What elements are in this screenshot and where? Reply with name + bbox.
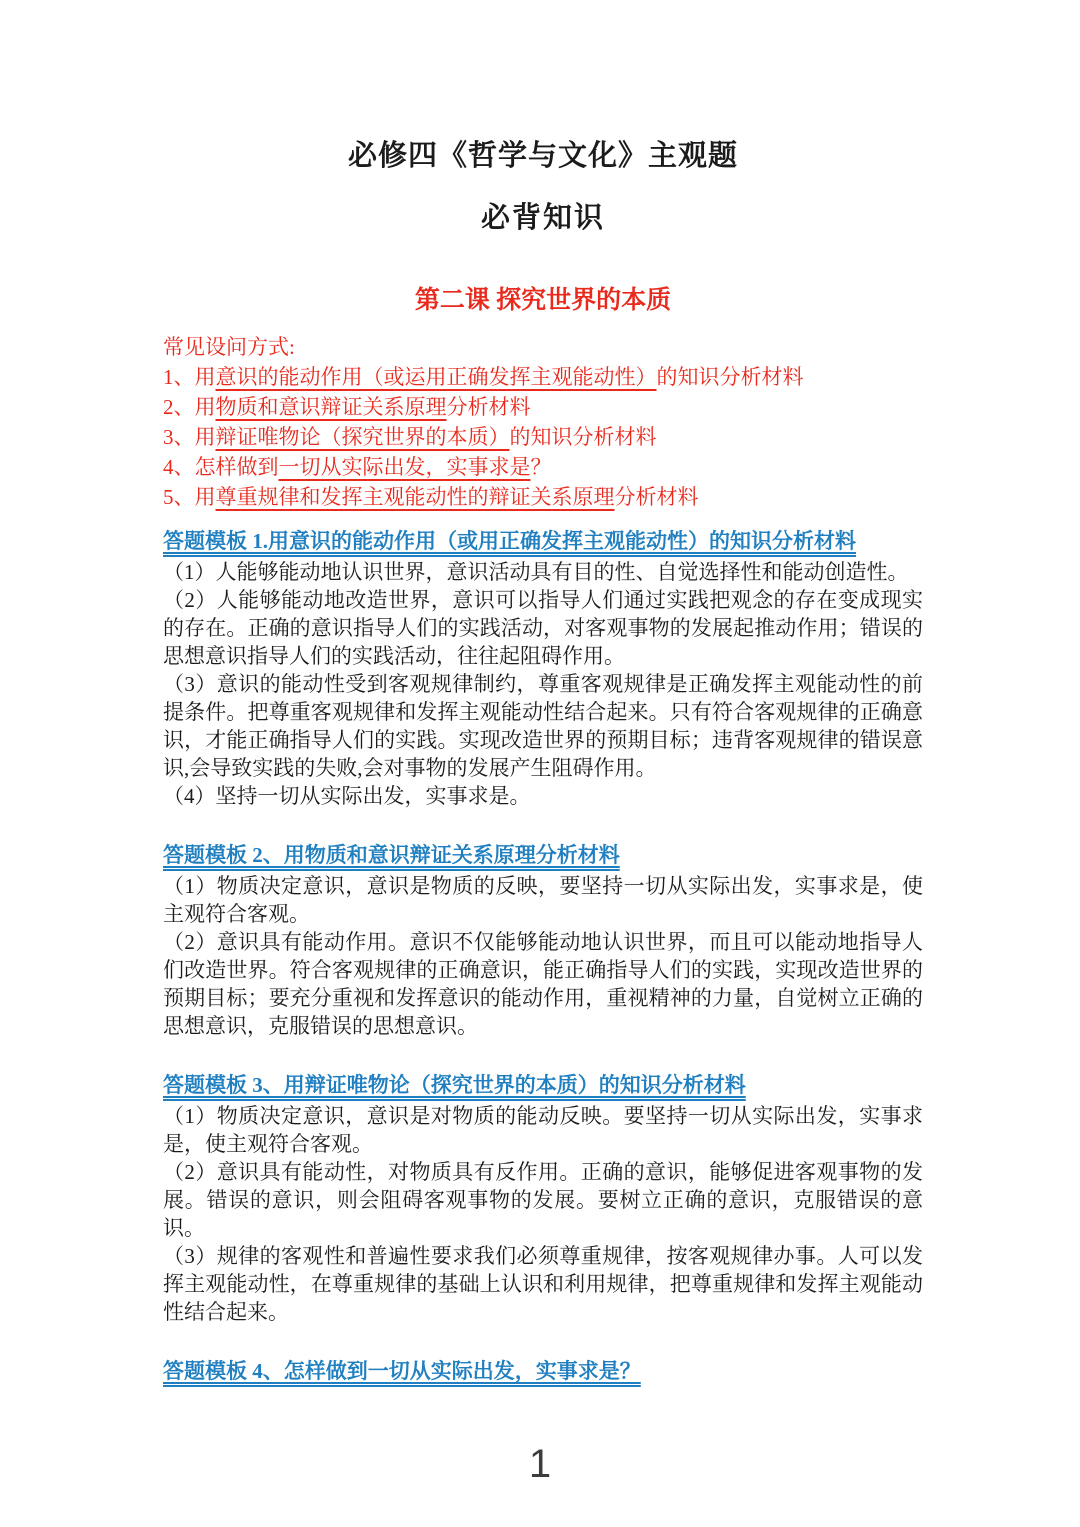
- template-3-heading: 答题模板 3、用辩证唯物论（探究世界的本质）的知识分析材料: [163, 1070, 923, 1100]
- template-section-1: 答题模板 1.用意识的能动作用（或用正确发挥主观能动性）的知识分析材料 （1）人…: [163, 526, 923, 810]
- question-item-4: 4、怎样做到一切从实际出发，实事求是？: [163, 452, 923, 482]
- document-title: 必修四《哲学与文化》主观题: [163, 136, 923, 176]
- question-prefix: 1、用: [163, 365, 216, 389]
- template-2-paragraph: （2）意识具有能动作用。意识不仅能够能动地认识世界，而且可以能动地指导人们改造世…: [163, 928, 923, 1040]
- template-2-heading: 答题模板 2、用物质和意识辩证关系原理分析材料: [163, 840, 923, 870]
- question-underlined: 意识的能动作用（或运用正确发挥主观能动性）: [216, 365, 657, 389]
- template-3-paragraph: （1）物质决定意识，意识是对物质的能动反映。要坚持一切从实际出发，实事求是，使主…: [163, 1102, 923, 1158]
- question-prefix: 2、用: [163, 395, 216, 419]
- template-4-heading-text: 答题模板 4、怎样做到一切从实际出发，实事求是？: [163, 1359, 641, 1383]
- question-intro: 常见设问方式:: [163, 332, 923, 362]
- question-prefix: 5、用: [163, 485, 216, 509]
- template-3-paragraph: （2）意识具有能动性，对物质具有反作用。正确的意识，能够促进客观事物的发展。错误…: [163, 1158, 923, 1242]
- template-1-heading-text: 答题模板 1.用意识的能动作用（或用正确发挥主观能动性）的知识分析材料: [163, 529, 856, 553]
- question-underlined: 辩证唯物论（探究世界的本质）: [216, 425, 510, 449]
- question-prefix: 4、怎样做到: [163, 455, 279, 479]
- template-section-2: 答题模板 2、用物质和意识辩证关系原理分析材料 （1）物质决定意识，意识是物质的…: [163, 840, 923, 1040]
- template-4-heading: 答题模板 4、怎样做到一切从实际出发，实事求是？: [163, 1356, 923, 1386]
- template-3-paragraph: （3）规律的客观性和普遍性要求我们必须尊重规律，按客观规律办事。人可以发挥主观能…: [163, 1242, 923, 1326]
- template-section-4: 答题模板 4、怎样做到一切从实际出发，实事求是？: [163, 1356, 923, 1386]
- question-item-1: 1、用意识的能动作用（或运用正确发挥主观能动性）的知识分析材料: [163, 362, 923, 392]
- template-3-heading-text: 答题模板 3、用辩证唯物论（探究世界的本质）的知识分析材料: [163, 1073, 746, 1097]
- question-suffix: ？: [531, 455, 552, 479]
- question-prefix: 3、用: [163, 425, 216, 449]
- template-1-paragraph: （2）人能够能动地改造世界，意识可以指导人们通过实践把观念的存在变成现实的存在。…: [163, 586, 923, 670]
- question-underlined: 物质和意识辩证关系原理: [216, 395, 447, 419]
- template-1-paragraph: （3）意识的能动性受到客观规律制约，尊重客观规律是正确发挥主观能动性的前提条件。…: [163, 670, 923, 782]
- document-subtitle: 必背知识: [163, 198, 923, 238]
- question-suffix: 分析材料: [615, 485, 699, 509]
- document-page: 必修四《哲学与文化》主观题 必背知识 第二课 探究世界的本质 常见设问方式: 1…: [0, 0, 1080, 1527]
- template-1-heading: 答题模板 1.用意识的能动作用（或用正确发挥主观能动性）的知识分析材料: [163, 526, 923, 556]
- template-1-paragraph: （4）坚持一切从实际出发，实事求是。: [163, 782, 923, 810]
- template-2-paragraph: （1）物质决定意识，意识是物质的反映，要坚持一切从实际出发，实事求是，使主观符合…: [163, 872, 923, 928]
- question-item-5: 5、用尊重规律和发挥主观能动性的辩证关系原理分析材料: [163, 482, 923, 512]
- lesson-heading: 第二课 探究世界的本质: [163, 284, 923, 318]
- question-suffix: 分析材料: [447, 395, 531, 419]
- template-section-3: 答题模板 3、用辩证唯物论（探究世界的本质）的知识分析材料 （1）物质决定意识，…: [163, 1070, 923, 1326]
- question-suffix: 的知识分析材料: [657, 365, 804, 389]
- question-suffix: 的知识分析材料: [510, 425, 657, 449]
- question-list: 常见设问方式: 1、用意识的能动作用（或运用正确发挥主观能动性）的知识分析材料 …: [163, 332, 923, 512]
- page-number: 1: [0, 1442, 1080, 1487]
- question-underlined: 尊重规律和发挥主观能动性的辩证关系原理: [216, 485, 615, 509]
- template-2-heading-text: 答题模板 2、用物质和意识辩证关系原理分析材料: [163, 843, 620, 867]
- question-item-3: 3、用辩证唯物论（探究世界的本质）的知识分析材料: [163, 422, 923, 452]
- question-underlined: 一切从实际出发，实事求是: [279, 455, 531, 479]
- question-item-2: 2、用物质和意识辩证关系原理分析材料: [163, 392, 923, 422]
- template-1-paragraph: （1）人能够能动地认识世界，意识活动具有目的性、自觉选择性和能动创造性。: [163, 558, 923, 586]
